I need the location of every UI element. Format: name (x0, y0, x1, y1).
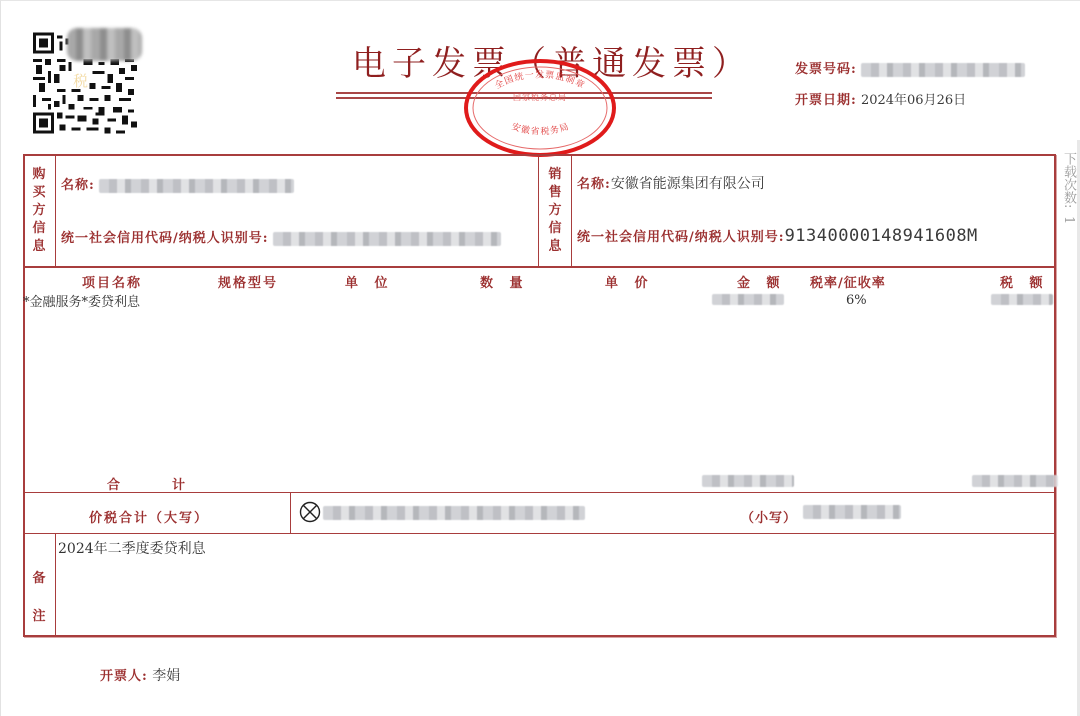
download-count-label: 下载次数: (1060, 152, 1076, 208)
total-tax-redacted (972, 475, 1058, 487)
divider (538, 155, 539, 267)
buyer-name-label: 名称: (61, 178, 95, 193)
svg-text:国家税务总局: 国家税务总局 (513, 92, 567, 102)
col-header-name: 项目名称 (82, 272, 142, 291)
circled-x-icon (299, 501, 321, 523)
col-header-unit: 单 位 (345, 272, 394, 291)
invoice-number-label: 发票号码: (795, 62, 857, 77)
divider (24, 492, 1055, 493)
drawer-value: 李娟 (152, 668, 180, 684)
svg-text:安徽省税务局: 安徽省税务局 (510, 120, 571, 137)
invoice-number-value-redacted (861, 63, 1025, 77)
download-count-value: 1 (1060, 216, 1076, 224)
total-amount-redacted (702, 475, 794, 487)
item-amount-redacted (712, 294, 784, 305)
svg-text:税: 税 (73, 72, 88, 90)
total-lower-label: （小写） (741, 507, 797, 526)
col-header-quantity: 数 量 (480, 272, 529, 291)
total-label: 合 计 (107, 474, 185, 493)
official-seal: 全国统一发票监制章 国家税务总局 安徽省税务局 (463, 58, 618, 158)
remarks-value: 2024年二季度委贷利息 (58, 538, 206, 558)
divider (24, 533, 1055, 534)
issue-date-value: 2024年06月26日 (861, 93, 966, 108)
buyer-tax-id-label: 统一社会信用代码/纳税人识别号: (61, 231, 269, 246)
seller-name: 名称:安徽省能源集团有限公司 (577, 173, 765, 193)
col-header-amount: 金 额 (737, 272, 786, 291)
total-upper-value-redacted (323, 506, 585, 520)
seller-name-value: 安徽省能源集团有限公司 (611, 176, 765, 192)
drawer-label: 开票人: (100, 669, 148, 684)
invoice-number: 发票号码: (795, 58, 1025, 77)
seller-tax-id-value: 91340000148941608M (785, 226, 978, 246)
buyer-tax-id: 统一社会信用代码/纳税人识别号: (61, 227, 501, 246)
col-header-unit-price: 单 价 (605, 272, 654, 291)
issue-date: 开票日期: 2024年06月26日 (795, 89, 966, 108)
redaction-blur (67, 28, 142, 61)
col-header-spec: 规格型号 (218, 272, 278, 291)
seller-tax-id: 统一社会信用代码/纳税人识别号:91340000148941608M (577, 226, 978, 246)
divider (24, 266, 1055, 268)
drawer: 开票人: 李娟 (100, 665, 180, 685)
col-header-tax-rate: 税率/征收率 (810, 272, 886, 291)
seller-name-label: 名称: (577, 177, 611, 192)
item-name: *金融服务*委贷利息 (23, 291, 140, 310)
item-tax-amount-redacted (991, 294, 1053, 305)
col-header-tax-amount: 税 额 (1000, 272, 1049, 291)
issue-date-label: 开票日期: (795, 93, 857, 108)
buyer-tax-id-value-redacted (273, 232, 501, 246)
item-tax-rate: 6% (846, 293, 867, 308)
divider (571, 155, 572, 267)
download-count: 下载次数:1 (1060, 152, 1076, 229)
divider (290, 493, 291, 534)
buyer-name-value-redacted (99, 179, 294, 193)
seller-tax-id-label: 统一社会信用代码/纳税人识别号: (577, 230, 785, 245)
divider (55, 155, 56, 267)
buyer-name: 名称: (61, 174, 294, 193)
seller-section-label: 销售方信息 (547, 166, 563, 256)
buyer-section-label: 购买方信息 (31, 166, 47, 256)
remarks-label: 备注 (31, 560, 47, 636)
total-upper-label: 价税合计（大写） (89, 507, 209, 526)
total-lower-value-redacted (803, 505, 901, 519)
divider (55, 534, 56, 636)
